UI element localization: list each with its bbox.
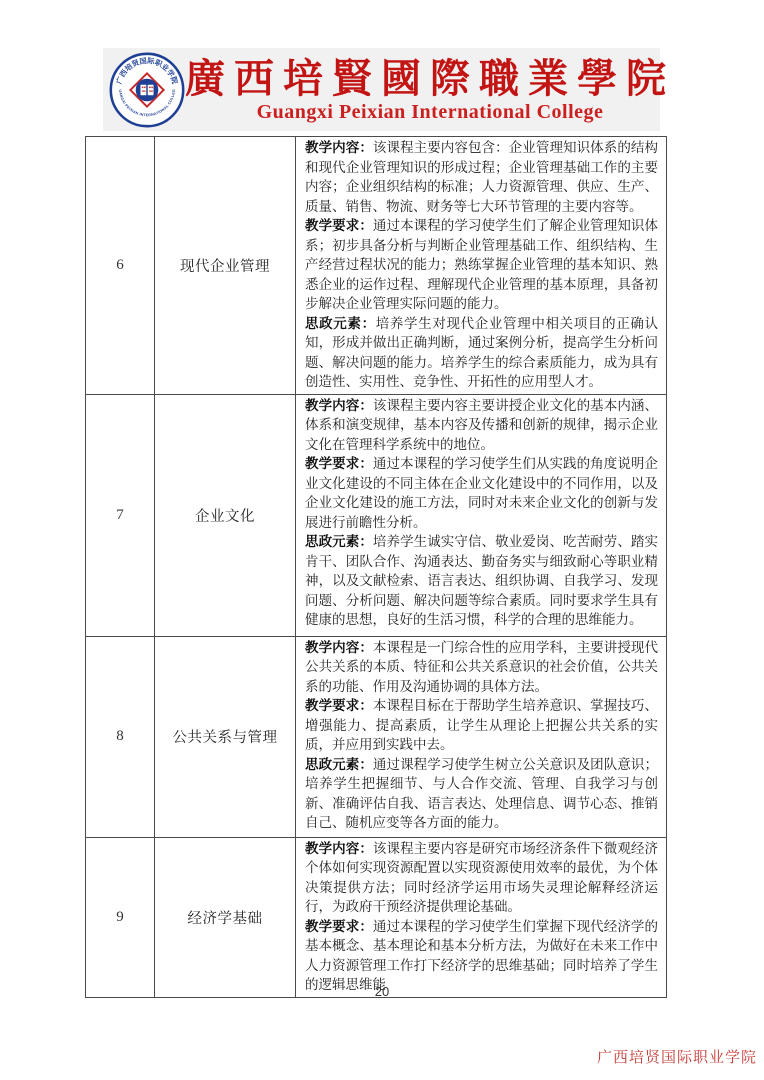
teaching-content-paragraph: 教学内容：本课程是一门综合性的应用学科，主要讲授现代公共关系的本质、特征和公共关…	[305, 638, 658, 697]
college-emblem-icon: 广西培贤国际职业学院 GUANGXI PEIXIAN INTERNATIONAL…	[109, 52, 185, 128]
emblem-inner-circle	[136, 78, 159, 101]
paragraph-label: 教学内容：	[305, 841, 373, 856]
ideological-element-paragraph: 思政元素：培养学生对现代企业管理中相关项目的正确认知，形成并做出正确判断，通过案…	[305, 314, 658, 392]
footer-watermark: 广西培贤国际职业学院	[597, 1046, 757, 1067]
table-row: 6 现代企业管理 教学内容：该课程主要内容包含：企业管理知识体系的结构和现代企业…	[86, 137, 667, 395]
college-titles: 廣西培賢國際職業學院 Guangxi Peixian International…	[185, 57, 679, 123]
course-number: 6	[86, 137, 155, 395]
teaching-content-paragraph: 教学内容：该课程主要内容是研究市场经济条件下微观经济个体如何实现资源配置以实现资…	[305, 839, 658, 917]
paragraph-label: 思政元素：	[305, 757, 373, 772]
course-name: 企业文化	[155, 394, 296, 636]
paragraph-label: 教学要求：	[305, 698, 373, 713]
paragraph-label: 教学要求：	[305, 456, 373, 471]
college-name-english: Guangxi Peixian International College	[185, 101, 675, 123]
course-name: 现代企业管理	[155, 137, 296, 395]
paragraph-label: 教学内容：	[305, 140, 373, 155]
teaching-content-paragraph: 教学内容：该课程主要内容主要讲授企业文化的基本内涵、体系和演变规律，基本内容及传…	[305, 396, 658, 455]
course-detail-cell: 教学内容：本课程是一门综合性的应用学科，主要讲授现代公共关系的本质、特征和公共关…	[296, 636, 667, 837]
course-name: 公共关系与管理	[155, 636, 296, 837]
course-detail-cell: 教学内容：该课程主要内容是研究市场经济条件下微观经济个体如何实现资源配置以实现资…	[296, 837, 667, 997]
page-number: 20	[0, 984, 764, 999]
teaching-content-paragraph: 教学内容：该课程主要内容包含：企业管理知识体系的结构和现代企业管理知识的形成过程…	[305, 138, 658, 216]
table-row: 9 经济学基础 教学内容：该课程主要内容是研究市场经济条件下微观经济个体如何实现…	[86, 837, 667, 997]
teaching-requirement-paragraph: 教学要求：通过本课程的学习使学生们了解企业管理知识体系；初步具备分析与判断企业管…	[305, 216, 658, 314]
paragraph-label: 教学内容：	[305, 398, 373, 413]
paragraph-label: 思政元素：	[305, 534, 373, 549]
ideological-element-paragraph: 思政元素：培养学生诚实守信、敬业爱岗、吃苦耐劳、踏实肯干、团队合作、沟通表达、勤…	[305, 532, 658, 630]
document-page: 广西培贤国际职业学院 GUANGXI PEIXIAN INTERNATIONAL…	[0, 0, 764, 1080]
college-header: 广西培贤国际职业学院 GUANGXI PEIXIAN INTERNATIONAL…	[103, 48, 660, 131]
paragraph-label: 教学要求：	[305, 919, 373, 934]
teaching-requirement-paragraph: 教学要求：通过本课程的学习使学生们从实践的角度说明企业文化建设的不同主体在企业文…	[305, 454, 658, 532]
paragraph-label: 教学要求：	[305, 218, 373, 233]
course-detail-cell: 教学内容：该课程主要内容包含：企业管理知识体系的结构和现代企业管理知识的形成过程…	[296, 137, 667, 395]
course-number: 9	[86, 837, 155, 997]
teaching-requirement-paragraph: 教学要求：通过本课程的学习使学生们掌握下现代经济学的基本概念、基本理论和基本分析…	[305, 917, 658, 995]
paragraph-label: 思政元素：	[305, 316, 376, 331]
course-name: 经济学基础	[155, 837, 296, 997]
course-number: 7	[86, 394, 155, 636]
course-detail-cell: 教学内容：该课程主要内容主要讲授企业文化的基本内涵、体系和演变规律，基本内容及传…	[296, 394, 667, 636]
course-table: 6 现代企业管理 教学内容：该课程主要内容包含：企业管理知识体系的结构和现代企业…	[85, 136, 667, 998]
teaching-requirement-paragraph: 教学要求：本课程目标在于帮助学生培养意识、掌握技巧、增强能力、提高素质，让学生从…	[305, 696, 658, 755]
table-row: 8 公共关系与管理 教学内容：本课程是一门综合性的应用学科，主要讲授现代公共关系…	[86, 636, 667, 837]
college-name-chinese: 廣西培賢國際職業學院	[185, 57, 675, 101]
table-row: 7 企业文化 教学内容：该课程主要内容主要讲授企业文化的基本内涵、体系和演变规律…	[86, 394, 667, 636]
course-number: 8	[86, 636, 155, 837]
ideological-element-paragraph: 思政元素：通过课程学习使学生树立公关意识及团队意识；培养学生把握细节、与人合作交…	[305, 755, 658, 833]
paragraph-label: 教学内容：	[305, 640, 373, 655]
